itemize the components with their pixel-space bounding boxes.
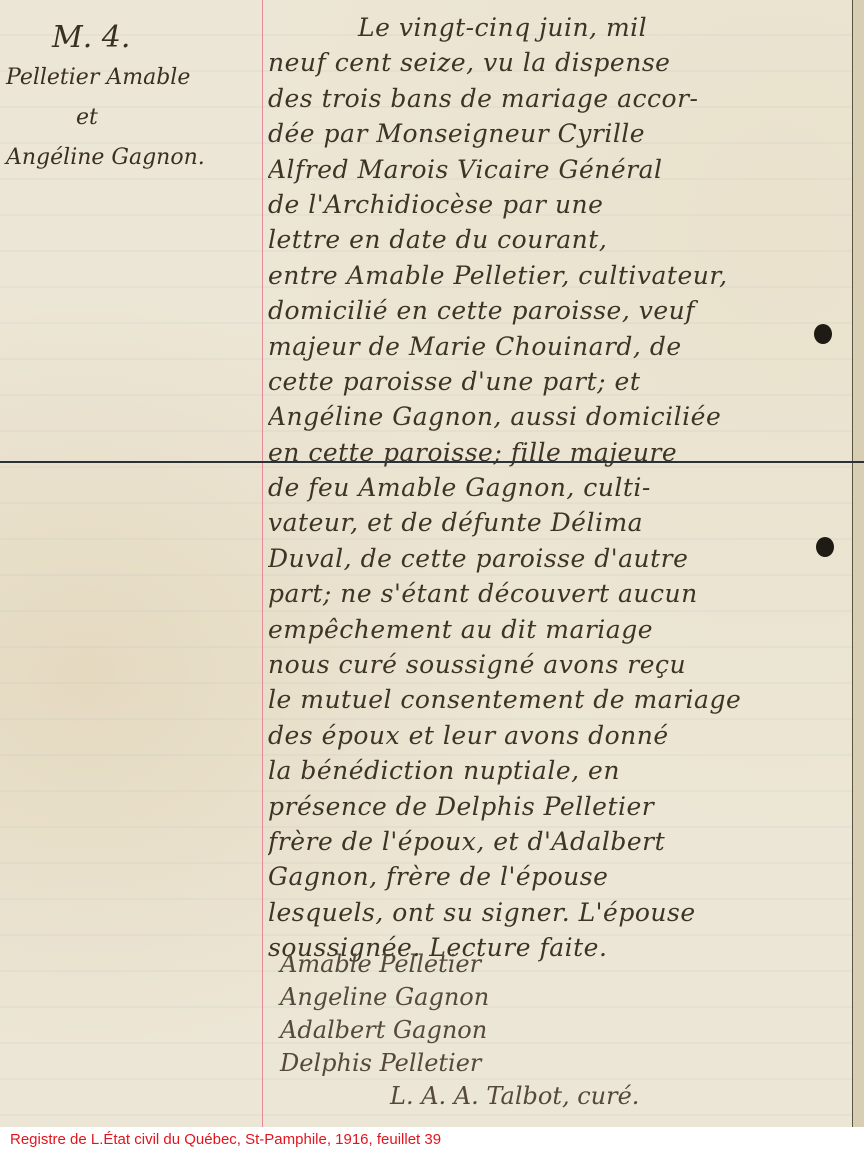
text-line: la bénédiction nuptiale, en [268, 753, 828, 788]
conjunction: et [76, 98, 256, 138]
text-line: majeur de Marie Chouinard, de [268, 329, 828, 364]
text-line: dée par Monseigneur Cyrille [268, 116, 828, 151]
text-line: empêchement au dit mariage [268, 612, 828, 647]
signature-groom: Amable Pelletier [280, 948, 800, 981]
signature-bride: Angeline Gagnon [280, 981, 800, 1014]
text-line: Angéline Gagnon, aussi domiciliée [268, 399, 828, 434]
page-binding-edge [852, 0, 864, 1127]
signature-witness-delphis: Delphis Pelletier [280, 1047, 800, 1080]
text-line: nous curé soussigné avons reçu [268, 647, 828, 682]
margin-annotation: M. 4. Pelletier Amable et Angéline Gagno… [6, 18, 256, 178]
text-line: cette paroisse d'une part; et [268, 364, 828, 399]
source-caption: Registre de L.État civil du Québec, St-P… [10, 1131, 441, 1148]
register-page: M. 4. Pelletier Amable et Angéline Gagno… [0, 0, 864, 1127]
text-line: part; ne s'étant découvert aucun [268, 576, 828, 611]
text-line: entre Amable Pelletier, cultivateur, [268, 258, 828, 293]
signature-block: Amable Pelletier Angeline Gagnon Adalber… [280, 948, 800, 1113]
text-line: de l'Archidiocèse par une [268, 187, 828, 222]
signature-witness-adalbert: Adalbert Gagnon [280, 1014, 800, 1047]
text-line: Le vingt-cinq juin, mil [268, 10, 828, 45]
text-line: domicilié en cette paroisse, veuf [268, 293, 828, 328]
text-line: vateur, et de défunte Délima [268, 505, 828, 540]
text-line: des époux et leur avons donné [268, 718, 828, 753]
text-line: lettre en date du courant, [268, 222, 828, 257]
text-line: Gagnon, frère de l'épouse [268, 859, 828, 894]
text-line: frère de l'époux, et d'Adalbert [268, 824, 828, 859]
text-line: lesquels, ont su signer. L'épouse [268, 895, 828, 930]
marriage-record-text: Le vingt-cinq juin, mil neuf cent seize,… [268, 10, 828, 966]
groom-name: Pelletier Amable [6, 58, 256, 98]
bride-name: Angéline Gagnon. [6, 138, 256, 178]
text-line: neuf cent seize, vu la dispense [268, 45, 828, 80]
text-line: présence de Delphis Pelletier [268, 789, 828, 824]
text-line: Alfred Marois Vicaire Général [268, 152, 828, 187]
entry-number: M. 4. [52, 18, 256, 58]
text-line: des trois bans de mariage accor- [268, 81, 828, 116]
text-line: Duval, de cette paroisse d'autre [268, 541, 828, 576]
signature-cure: L. A. A. Talbot, curé. [280, 1080, 800, 1113]
red-margin-line [262, 0, 263, 1127]
text-line: de feu Amable Gagnon, culti- [268, 470, 828, 505]
text-line: le mutuel consentement de mariage [268, 682, 828, 717]
text-line: en cette paroisse; fille majeure [268, 435, 828, 470]
